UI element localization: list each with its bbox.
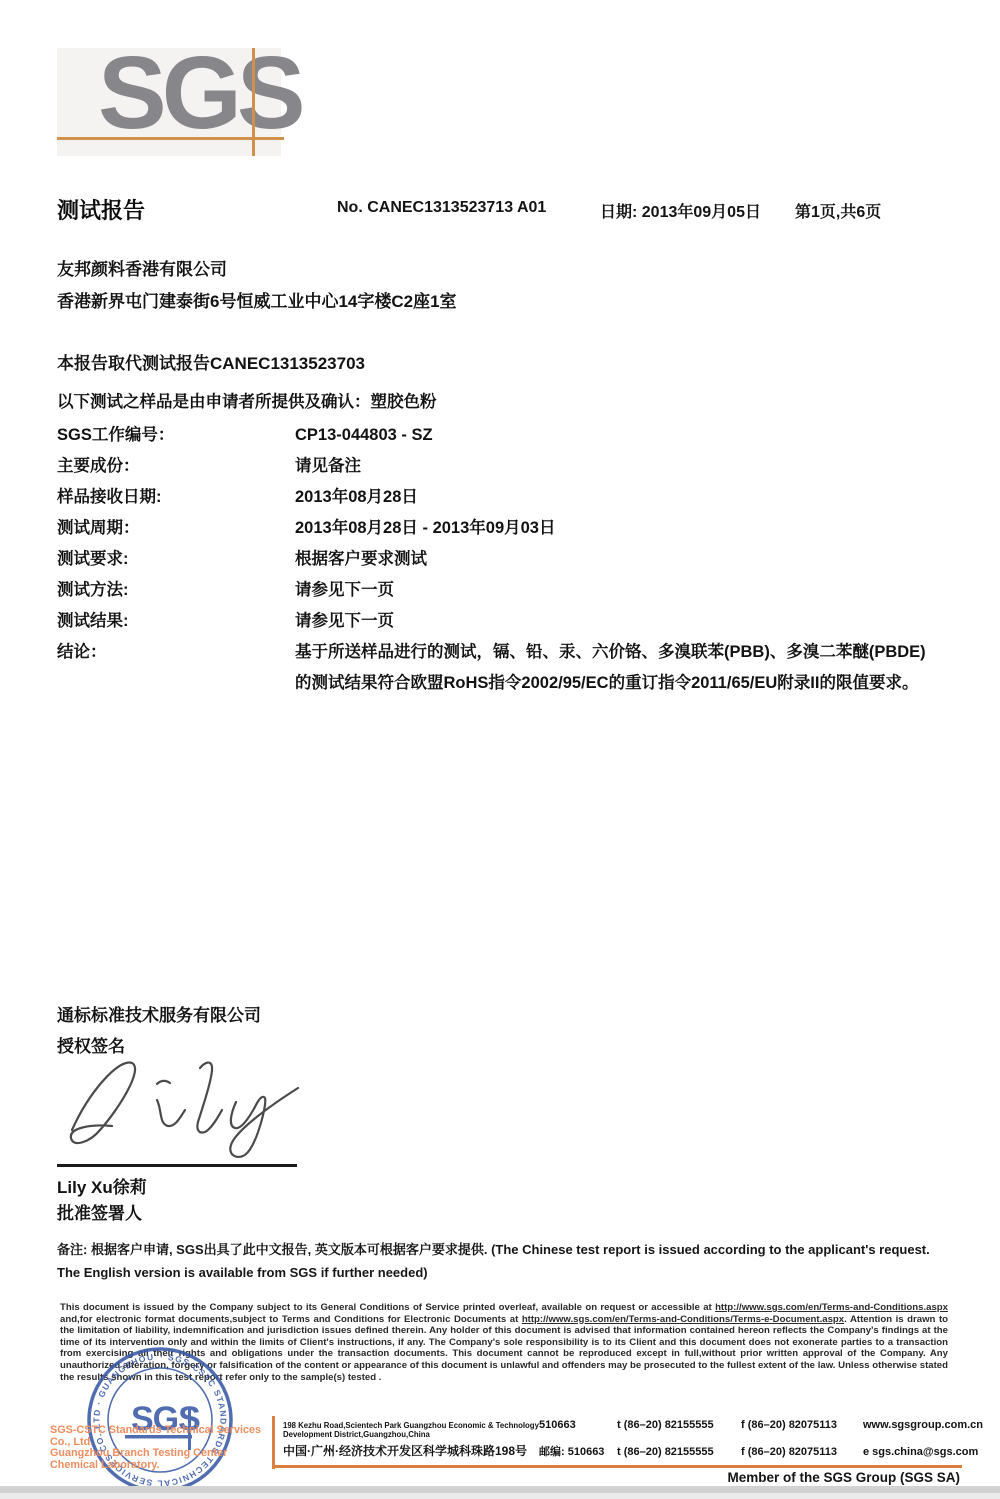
field-label: SGS工作编号： [57,420,295,451]
bottom-edge-strip-light [0,1493,1000,1499]
page-title: 测试报告 [57,194,145,225]
bottom-edge-strip-dark [0,1486,1000,1493]
field-row-job-no: SGS工作编号： CP13-044803 - SZ [57,420,937,451]
field-row-test-results: 测试结果: 请参见下一页 [57,606,937,637]
field-row-testing-period: 测试周期： 2013年08月28日 - 2013年09月03日 [57,513,937,544]
field-label: 测试结果: [57,606,295,637]
field-value: 请参见下一页 [295,575,394,606]
field-row-test-requested: 测试要求: 根据客户要求测试 [57,544,937,575]
footer-tel-cn: t (86–20) 82155555 [617,1446,741,1458]
field-value: 基于所送样品进行的测试，镉、铅、汞、六价铬、多溴联苯(PBB)、多溴二苯醚(PB… [295,637,930,699]
footer-address-block: 198 Kezhu Road,Scientech Park Guangzhou … [283,1419,963,1466]
field-value: 2013年08月28日 - 2013年09月03日 [295,513,556,544]
field-label: 测试要求: [57,544,295,575]
footer-fax: f (86–20) 82075113 [741,1419,863,1431]
signer-title: 批准签署人 [57,1199,142,1224]
sgs-member-note: Member of the SGS Group (SGS SA) [560,1470,960,1485]
footer-orange-rule [272,1465,962,1468]
signature-rule [57,1164,297,1167]
footer-email: e sgs.china@sgs.com [863,1446,978,1458]
field-label: 结论： [57,637,295,668]
test-report-page: SGS 测试报告 No. CANEC1313523713 A01 日期: 201… [0,0,1000,1499]
sgs-logo-horizontal-line [57,137,284,140]
footer-address-row-en: 198 Kezhu Road,Scientech Park Guangzhou … [283,1419,963,1442]
footer-website: www.sgsgroup.com.cn [863,1419,983,1431]
field-value: 2013年08月28日 [295,482,418,513]
field-value: 根据客户要求测试 [295,544,427,575]
applicant-name: 友邦颜料香港有限公司 [57,255,227,280]
sample-statement: 以下测试之样品是由申请者所提供及确认：塑胶色粉 [57,388,437,412]
report-number: No. CANEC1313523713 A01 [337,199,546,217]
footer-postal-cn: 邮编: 510663 [539,1443,617,1459]
remark-note: 备注: 根据客户申请, SGS出具了此中文报告, 英文版本可根据客户要求提供. … [57,1238,952,1284]
footer-street-cn: 中国·广州·经济技术开发区科学城科珠路198号 [283,1442,539,1459]
signer-name: Lily Xu徐莉 [57,1173,147,1198]
handwritten-signature [60,1052,305,1164]
applicant-address: 香港新界屯门建泰街6号恒威工业中心14字楼C2座1室 [57,287,457,312]
page-indicator: 第1页,共6页 [795,199,881,222]
report-fields: SGS工作编号： CP13-044803 - SZ 主要成份： 请见备注 样品接… [57,420,937,699]
footer-address-row-cn: 中国·广州·经济技术开发区科学城科珠路198号 邮编: 510663 t (86… [283,1442,963,1466]
issuing-company: 通标标准技术服务有限公司 [57,1001,261,1026]
field-row-test-method: 测试方法: 请参见下一页 [57,575,937,606]
footer-fax-cn: f (86–20) 82075113 [741,1446,863,1458]
field-label: 测试周期： [57,513,295,544]
sgs-logo-text: SGS [98,34,301,152]
field-row-conclusion: 结论： 基于所送样品进行的测试，镉、铅、汞、六价铬、多溴联苯(PBB)、多溴二苯… [57,637,937,699]
field-row-main-composition: 主要成份： 请见备注 [57,451,937,482]
field-label: 测试方法: [57,575,295,606]
footer-tel: t (86–20) 82155555 [617,1419,741,1431]
field-row-sample-received: 样品接收日期: 2013年08月28日 [57,482,937,513]
report-date: 日期: 2013年09月05日 [600,199,761,222]
field-label: 样品接收日期: [57,482,295,513]
footer-postal-en: 510663 [539,1419,617,1431]
footer-divider-line [272,1416,275,1469]
field-value: 请参见下一页 [295,606,394,637]
field-label: 主要成份： [57,451,295,482]
replacement-note: 本报告取代测试报告CANEC1313523703 [57,349,365,374]
footer-company-en: SGS-CSTC Standards Technical Services Co… [50,1424,268,1448]
field-value: CP13-044803 - SZ [295,420,433,451]
sgs-logo: SGS [57,48,281,156]
sgs-logo-vertical-line [252,48,255,156]
footer-lab-name: Guangzhou Branch Testing Center Chemical… [50,1447,268,1471]
field-value: 请见备注 [295,451,361,482]
company-stamp: · SGS-CSTC STANDARDS TECHNICAL SERVICES … [75,1346,245,1496]
footer-street-en: 198 Kezhu Road,Scientech Park Guangzhou … [283,1421,539,1439]
